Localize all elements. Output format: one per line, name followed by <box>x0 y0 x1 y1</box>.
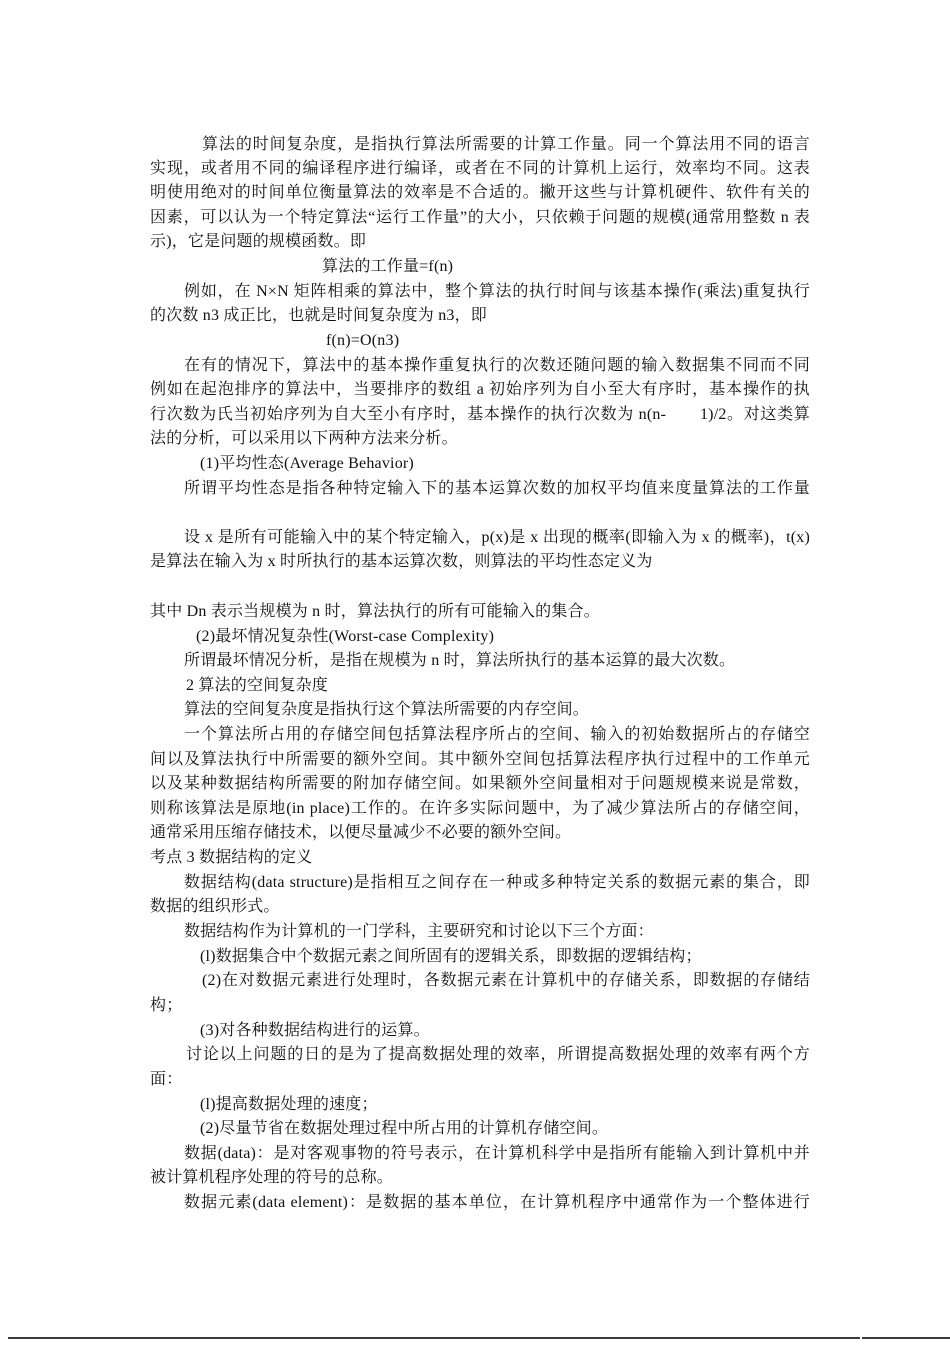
text-line: (3)对各种数据结构进行的运算。 <box>200 1019 810 1043</box>
text-line: 所谓最坏情况分析，是指在规模为 n 时，算法所执行的基本运算的最大次数。 <box>184 649 810 673</box>
text-line: 行次数为氏当初始序列为自大至小有序时，基本操作的执行次数为 n(n- 1)/2。… <box>150 403 810 427</box>
document-page: 算法的时间复杂度，是指执行算法所需要的计算工作量。同一个算法用不同的语言实现，或… <box>0 0 950 1348</box>
text-line: 是算法在输入为 x 时所执行的基本运算次数，则算法的平均性态定义为 <box>150 550 810 574</box>
text-line: 构； <box>150 994 810 1018</box>
text-line: 算法的空间复杂度是指执行这个算法所需要的内存空间。 <box>184 698 810 722</box>
text-line: 法的分析，可以采用以下两种方法来分析。 <box>150 427 810 451</box>
text-line: (2)尽量节省在数据处理过程中所占用的计算机存储空间。 <box>200 1117 810 1141</box>
text-line: 例如，在 N×N 矩阵相乘的算法中，整个算法的执行时间与该基本操作(乘法)重复执… <box>184 280 810 304</box>
text-line: 算法的工作量=f(n) <box>322 255 810 279</box>
text-line: (l)提高数据处理的速度； <box>200 1093 810 1117</box>
text-line: 数据的组织形式。 <box>150 895 810 919</box>
text-line: 示)，它是问题的规模函数。即 <box>150 230 810 254</box>
text-line: 实现，或者用不同的编译程序进行编译，或者在不同的计算机上运行，效率均不同。这表 <box>150 157 810 181</box>
text-line: 所谓平均性态是指各种特定输入下的基本运算次数的加权平均值来度量算法的工作量 <box>184 477 810 501</box>
text-line: (2)在对数据元素进行处理时，各数据元素在计算机中的存储关系，即数据的存储结 <box>202 969 810 993</box>
text-line: (l)数据集合中个数据元素之间所固有的逻辑关系，即数据的逻辑结构； <box>200 945 810 969</box>
text-line: 其中 Dn 表示当规模为 n 时，算法执行的所有可能输入的集合。 <box>150 600 810 624</box>
text-line: 面： <box>150 1068 810 1092</box>
page-bottom-rule <box>8 1337 860 1339</box>
text-line: 2 算法的空间复杂度 <box>186 674 810 698</box>
text-line: 数据(data)：是对客观事物的符号表示，在计算机科学中是指所有能输入到计算机中… <box>184 1142 810 1166</box>
text-line: 一个算法所占用的存储空间包括算法程序所占的空间、输入的初始数据所占的存储空 <box>184 723 810 747</box>
text-line: 被计算机程序处理的符号的总称。 <box>150 1166 810 1190</box>
text-line: 因素，可以认为一个特定算法“运行工作量”的大小，只依赖于问题的规模(通常用整数 … <box>150 206 810 230</box>
text-line: 明使用绝对的时间单位衡量算法的效率是不合适的。撇开这些与计算机硬件、软件有关的 <box>150 181 810 205</box>
text-line: 通常采用压缩存储技术，以便尽量减少不必要的额外空间。 <box>150 821 810 845</box>
text-line: 设 x 是所有可能输入中的某个特定输入，p(x)是 x 出现的概率(即输入为 x… <box>184 526 810 550</box>
text-line: 数据结构(data structure)是指相互之间存在一种或多种特定关系的数据… <box>184 871 810 895</box>
text-line: 的次数 n3 成正比，也就是时间复杂度为 n3，即 <box>150 304 810 328</box>
text-line: 算法的时间复杂度，是指执行算法所需要的计算工作量。同一个算法用不同的语言 <box>202 133 810 157</box>
text-line: 数据元素(data element)：是数据的基本单位，在计算机程序中通常作为一… <box>184 1191 810 1215</box>
page-bottom-rule-right <box>862 1337 950 1339</box>
text-line: (1)平均性态(Average Behavior) <box>200 452 810 476</box>
text-line: 间以及算法执行中所需要的额外空间。其中额外空间包括算法程序执行过程中的工作单元 <box>150 748 810 772</box>
text-line: (2)最坏情况复杂性(Worst-case Complexity) <box>196 625 810 649</box>
text-line: 例如在起泡排序的算法中，当要排序的数组 a 初始序列为自小至大有序时，基本操作的… <box>150 378 810 402</box>
text-line: 则称该算法是原地(in place)工作的。在许多实际问题中，为了减少算法所占的… <box>150 797 810 821</box>
text-line: f(n)=O(n3) <box>326 329 810 353</box>
text-line: 讨论以上问题的日的是为了提高数据处理的效率，所谓提高数据处理的效率有两个方 <box>186 1043 810 1067</box>
text-line: 考点 3 数据结构的定义 <box>150 846 810 870</box>
text-line: 以及某种数据结构所需要的附加存储空间。如果额外空间量相对于问题规模来说是常数， <box>150 772 810 796</box>
text-line: 数据结构作为计算机的一门学科，主要研究和讨论以下三个方面： <box>184 920 810 944</box>
text-line: 在有的情况下，算法中的基本操作重复执行的次数还随问题的输入数据集不同而不同 <box>184 354 810 378</box>
